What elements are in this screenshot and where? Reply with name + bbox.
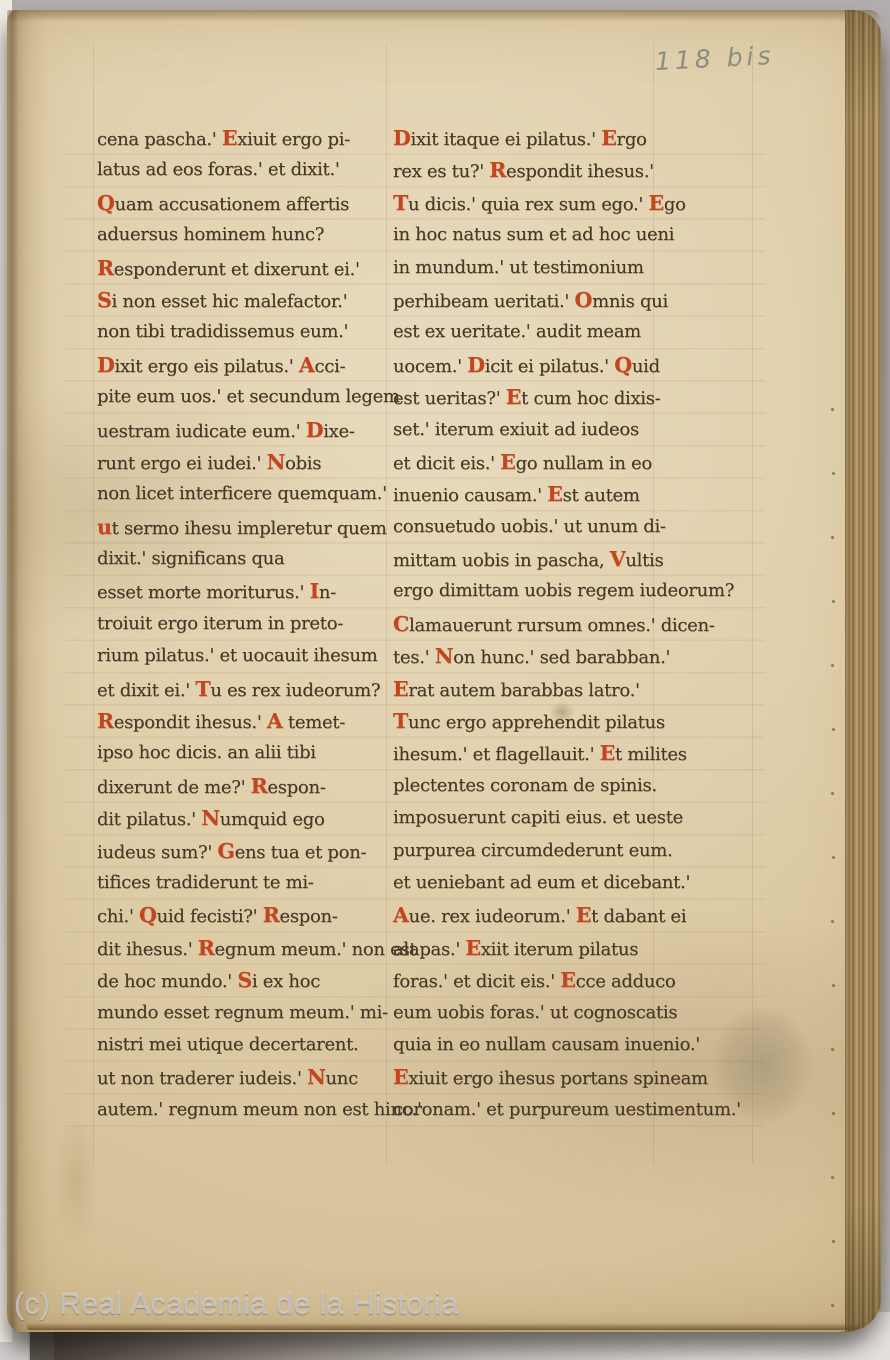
- rubricated-initial: T: [195, 677, 210, 701]
- ink-text: i non esset hic malefactor.': [112, 291, 348, 312]
- manuscript-line: Dixit itaque ei pilatus.' Ergo: [393, 122, 745, 154]
- rubricated-initial: Q: [97, 191, 115, 215]
- rubricated-initial: N: [435, 644, 453, 668]
- manuscript-line: Erat autem barabbas latro.': [393, 673, 745, 705]
- manuscript-line: esset morte moriturus.' In-: [97, 575, 393, 607]
- ink-text: in hoc natus sum et ad hoc ueni: [393, 224, 674, 245]
- ink-text: n-: [319, 582, 336, 603]
- manuscript-line: ut sermo ihesu impleretur quem: [97, 511, 393, 543]
- manuscript-line: plectentes coronam de spinis.: [393, 770, 745, 802]
- ink-text: go nullam in eo: [516, 453, 652, 474]
- ink-text: non licet interficere quemquam.': [97, 483, 387, 504]
- ink-text: est ueritas?': [393, 388, 506, 409]
- manuscript-line: Clamauerunt rursum omnes.' dicen-: [393, 608, 745, 640]
- prick-mark: [832, 984, 835, 987]
- manuscript-line: quia in eo nullam causam inuenio.': [393, 1029, 745, 1061]
- ink-text: uid fecisti?': [157, 906, 263, 927]
- ink-text: et ueniebant ad eum et dicebant.': [393, 872, 690, 893]
- rubricated-initial: D: [97, 353, 115, 377]
- rubricated-initial: R: [263, 903, 280, 927]
- rubricated-initial: E: [222, 126, 237, 150]
- manuscript-line: chi.' Quid fecisti?' Respon-: [97, 899, 393, 931]
- ink-text: mnis qui: [592, 291, 668, 312]
- ink-text: alapas.': [393, 939, 465, 960]
- manuscript-line: Tu dicis.' quia rex sum ego.' Ego: [393, 187, 745, 219]
- manuscript-line: imposuerunt capiti eius. et ueste: [393, 802, 745, 834]
- ink-text: et dixit ei.': [97, 680, 195, 701]
- text-column-left: cena pascha.' Exiuit ergo pi-latus ad eo…: [97, 122, 393, 1126]
- ink-text: set.' iterum exiuit ad iudeos: [393, 419, 639, 440]
- manuscript-line: dit pilatus.' Numquid ego: [97, 802, 393, 834]
- ink-text: icit ei pilatus.': [485, 356, 615, 377]
- prick-mark: [831, 1304, 834, 1307]
- ink-text: et dicit eis.': [393, 453, 500, 474]
- rubricated-initial: D: [467, 353, 485, 377]
- ink-text: obis: [285, 453, 321, 474]
- rubricated-initial: A: [299, 353, 315, 377]
- manuscript-line: rex es tu?' Respondit ihesus.': [393, 154, 745, 186]
- prick-mark: [832, 1112, 835, 1115]
- manuscript-line: Si non esset hic malefactor.': [97, 284, 393, 316]
- manuscript-line: et dicit eis.' Ego nullam in eo: [393, 446, 745, 478]
- manuscript-line: de hoc mundo.' Si ex hoc: [97, 964, 393, 996]
- rubricated-initial: E: [465, 936, 480, 960]
- ink-text: non tibi tradidissemus eum.': [97, 321, 348, 342]
- rubricated-initial: E: [601, 126, 616, 150]
- ink-text: esset morte moriturus.': [97, 582, 310, 603]
- ink-text: temet-: [283, 712, 346, 733]
- prick-mark: [831, 408, 834, 411]
- manuscript-line: latus ad eos foras.' et dixit.': [97, 154, 393, 186]
- parchment-page: 118 bis cena pascha.' Exiuit ergo pi-lat…: [7, 10, 881, 1332]
- manuscript-line: aduersus hominem hunc?: [97, 219, 393, 251]
- manuscript-line: cena pascha.' Exiuit ergo pi-: [97, 122, 393, 154]
- prick-mark: [832, 1240, 835, 1243]
- ink-text: ut non traderer iudeis.': [97, 1068, 307, 1089]
- rubricated-initial: N: [267, 450, 285, 474]
- manuscript-line: Quam accusationem affertis: [97, 187, 393, 219]
- ink-text: pite eum uos.' et secundum legem: [97, 386, 400, 407]
- manuscript-line: dixit.' significans qua: [97, 543, 393, 575]
- rubricated-initial: S: [237, 968, 252, 992]
- ink-text: consuetudo uobis.' ut unum di-: [393, 516, 666, 537]
- ink-text: perhibeam ueritati.': [393, 291, 574, 312]
- ink-text: ens tua et pon-: [235, 842, 367, 863]
- rubricated-initial: O: [574, 288, 592, 312]
- ink-text: uocem.': [393, 356, 467, 377]
- ink-text: i ex hoc: [252, 971, 320, 992]
- rubricated-initial: E: [500, 450, 515, 474]
- rubricated-initial: E: [576, 903, 591, 927]
- rubricated-initial: N: [201, 806, 219, 830]
- manuscript-line: non tibi tradidissemus eum.': [97, 316, 393, 348]
- manuscript-line: et ueniebant ad eum et dicebant.': [393, 867, 745, 899]
- ink-text: imposuerunt capiti eius. et ueste: [393, 807, 683, 828]
- rubricated-initial: E: [393, 677, 408, 701]
- ink-text: plectentes coronam de spinis.: [393, 775, 657, 796]
- rubricated-initial: R: [489, 158, 506, 182]
- ink-text: ue. rex iudeorum.': [409, 906, 576, 927]
- manuscript-line: eum uobis foras.' ut cognoscatis: [393, 997, 745, 1029]
- manuscript-line: non licet interficere quemquam.': [97, 478, 393, 510]
- ink-text: t dabant ei: [591, 906, 686, 927]
- ink-text: u dicis.' quia rex sum ego.': [408, 194, 649, 215]
- manuscript-line: ipso hoc dicis. an alii tibi: [97, 737, 393, 769]
- manuscript-line: alapas.' Exiit iterum pilatus: [393, 932, 745, 964]
- ink-text: xiuit ergo ihesus portans spineam: [408, 1068, 707, 1089]
- ink-text: dixit.' significans qua: [97, 548, 284, 569]
- ink-text: lamauerunt rursum omnes.' dicen-: [409, 615, 715, 636]
- ink-text: t cum hoc dixis-: [521, 388, 660, 409]
- rubricated-initial: N: [307, 1065, 325, 1089]
- prick-mark: [831, 536, 834, 539]
- manuscript-line: runt ergo ei iudei.' Nobis: [97, 446, 393, 478]
- manuscript-line: coronam.' et purpureum uestimentum.': [393, 1094, 745, 1126]
- prick-mark: [832, 472, 835, 475]
- ink-text: unc ergo apprehendit pilatus: [408, 712, 665, 733]
- manuscript-line: in hoc natus sum et ad hoc ueni: [393, 219, 745, 251]
- manuscript-line: ut non traderer iudeis.' Nunc: [97, 1061, 393, 1093]
- manuscript-line: est ex ueritate.' audit meam: [393, 316, 745, 348]
- rubricated-initial: A: [267, 709, 283, 733]
- rubricated-initial: R: [97, 256, 114, 280]
- ink-text: cena pascha.': [97, 129, 222, 150]
- page-top-edge: [7, 10, 881, 22]
- rubricated-initial: I: [310, 579, 319, 603]
- rubricated-initial: E: [547, 482, 562, 506]
- manuscript-line: inuenio causam.' Est autem: [393, 478, 745, 510]
- ink-text: rex es tu?': [393, 161, 489, 182]
- ink-text: unc: [325, 1068, 357, 1089]
- page-bottom-edge: [27, 1323, 861, 1330]
- ink-text: ihesum.' et flagellauit.': [393, 744, 600, 765]
- rubricated-initial: E: [506, 385, 521, 409]
- ink-text: go: [664, 194, 686, 215]
- library-watermark: (c) Real Academia de la Historia: [14, 1288, 459, 1322]
- rubricated-initial: S: [97, 288, 112, 312]
- rubricated-initial: E: [600, 741, 615, 765]
- ink-text: latus ad eos foras.' et dixit.': [97, 159, 340, 180]
- manuscript-line: uestram iudicate eum.' Dixe-: [97, 414, 393, 446]
- ink-text: foras.' et dicit eis.': [393, 971, 560, 992]
- ink-text: tifices tradiderunt te mi-: [97, 872, 314, 893]
- manuscript-line: set.' iterum exiuit ad iudeos: [393, 414, 745, 446]
- rubricated-initial: u: [97, 515, 112, 539]
- ink-text: mundo esset regnum meum.' mi-: [97, 1002, 388, 1023]
- manuscript-line: Responderunt et dixerunt ei.': [97, 252, 393, 284]
- ink-text: espondit ihesus.': [506, 161, 654, 182]
- manuscript-line: mittam uobis in pascha, Vultis: [393, 543, 745, 575]
- ink-text: espondit ihesus.': [114, 712, 267, 733]
- ink-text: uid: [632, 356, 660, 377]
- ink-text: umquid ego: [220, 809, 325, 830]
- ink-text: ergo dimittam uobis regem iudeorum?: [393, 580, 734, 601]
- rubricated-initial: Q: [139, 903, 157, 927]
- ink-text: ultis: [625, 550, 663, 571]
- manuscript-line: Respondit ihesus.' A temet-: [97, 705, 393, 737]
- ink-text: cci-: [314, 356, 345, 377]
- manuscript-line: consuetudo uobis.' ut unum di-: [393, 511, 745, 543]
- ink-text: egnum meum.' non est: [215, 939, 417, 960]
- ink-text: est ex ueritate.' audit meam: [393, 321, 641, 342]
- rubricated-initial: T: [393, 191, 408, 215]
- manuscript-line: in mundum.' ut testimonium: [393, 252, 745, 284]
- vertical-ruling-line: [93, 44, 94, 1164]
- ink-text: rium pilatus.' et uocauit ihesum: [97, 645, 377, 666]
- ink-text: espon-: [267, 777, 325, 798]
- manuscript-line: perhibeam ueritati.' Omnis qui: [393, 284, 745, 316]
- prick-mark: [831, 792, 834, 795]
- manuscript-line: ihesum.' et flagellauit.' Et milites: [393, 737, 745, 769]
- gutter-fold-shadow: [7, 10, 49, 1332]
- ink-text: runt ergo ei iudei.': [97, 453, 267, 474]
- ink-text: ixit itaque ei pilatus.': [411, 129, 602, 150]
- ink-text: esponderunt et dixerunt ei.': [114, 259, 360, 280]
- ink-text: dit ihesus.': [97, 939, 198, 960]
- text-column-right: Dixit itaque ei pilatus.' Ergorex es tu?…: [393, 122, 745, 1126]
- ink-text: cce adduco: [576, 971, 676, 992]
- ink-text: uam accusationem affertis: [115, 194, 349, 215]
- prick-mark: [831, 920, 834, 923]
- manuscript-line: Aue. rex iudeorum.' Et dabant ei: [393, 899, 745, 931]
- ink-text: ipso hoc dicis. an alii tibi: [97, 742, 316, 763]
- prick-mark: [831, 1048, 834, 1051]
- manuscript-line: uocem.' Dicit ei pilatus.' Quid: [393, 349, 745, 381]
- ink-text: dit pilatus.': [97, 809, 201, 830]
- ink-text: eum uobis foras.' ut cognoscatis: [393, 1002, 677, 1023]
- ink-text: de hoc mundo.': [97, 971, 237, 992]
- manuscript-line: nistri mei utique decertarent.: [97, 1029, 393, 1061]
- rubricated-initial: V: [610, 547, 626, 571]
- manuscript-line: tifices tradiderunt te mi-: [97, 867, 393, 899]
- ink-text: in mundum.' ut testimonium: [393, 257, 644, 278]
- ink-text: nistri mei utique decertarent.: [97, 1034, 358, 1055]
- ink-text: coronam.' et purpureum uestimentum.': [393, 1099, 741, 1120]
- prick-mark: [832, 856, 835, 859]
- rubricated-initial: Q: [614, 353, 632, 377]
- ink-text: tes.': [393, 647, 435, 668]
- manuscript-line: dixerunt de me?' Respon-: [97, 770, 393, 802]
- ink-text: on hunc.' sed barabban.': [453, 647, 670, 668]
- ink-text: quia in eo nullam causam inuenio.': [393, 1034, 700, 1055]
- manuscript-line: troiuit ergo iterum in preto-: [97, 608, 393, 640]
- rubricated-initial: R: [97, 709, 114, 733]
- rubricated-initial: E: [560, 968, 575, 992]
- ink-text: rat autem barabbas latro.': [408, 680, 639, 701]
- manuscript-line: rium pilatus.' et uocauit ihesum: [97, 640, 393, 672]
- manuscript-line: autem.' regnum meum non est hinc.': [97, 1094, 393, 1126]
- manuscript-line: Dixit ergo eis pilatus.' Acci-: [97, 349, 393, 381]
- ink-text: uestram iudicate eum.': [97, 421, 306, 442]
- rubricated-initial: D: [393, 126, 411, 150]
- ink-text: autem.' regnum meum non est hinc.': [97, 1099, 422, 1120]
- rubricated-initial: R: [198, 936, 215, 960]
- prick-mark: [832, 728, 835, 731]
- rubricated-initial: A: [393, 903, 409, 927]
- ink-text: st autem: [563, 485, 640, 506]
- ink-text: chi.': [97, 906, 139, 927]
- ink-text: espon-: [279, 906, 337, 927]
- rubricated-initial: R: [251, 774, 268, 798]
- manuscript-line: iudeus sum?' Gens tua et pon-: [97, 835, 393, 867]
- manuscript-line: ergo dimittam uobis regem iudeorum?: [393, 575, 745, 607]
- ink-text: iudeus sum?': [97, 842, 217, 863]
- ink-text: mittam uobis in pascha,: [393, 550, 610, 571]
- rubricated-initial: G: [217, 839, 234, 863]
- ink-text: dixerunt de me?': [97, 777, 251, 798]
- manuscript-line: et dixit ei.' Tu es rex iudeorum?: [97, 673, 393, 705]
- manuscript-photo-backdrop: 118 bis cena pascha.' Exiuit ergo pi-lat…: [0, 0, 890, 1360]
- prick-mark: [832, 600, 835, 603]
- ink-text: t milites: [615, 744, 687, 765]
- manuscript-line: Tunc ergo apprehendit pilatus: [393, 705, 745, 737]
- page-stack-fore-edge: [845, 10, 881, 1332]
- ink-text: xiit iterum pilatus: [481, 939, 638, 960]
- folio-number: 118 bis: [654, 41, 775, 76]
- manuscript-line: mundo esset regnum meum.' mi-: [97, 997, 393, 1029]
- ink-text: inuenio causam.': [393, 485, 547, 506]
- rubricated-initial: T: [393, 709, 408, 733]
- manuscript-line: foras.' et dicit eis.' Ecce adduco: [393, 964, 745, 996]
- prick-mark: [831, 664, 834, 667]
- ink-text: u es rex iudeorum?: [210, 680, 380, 701]
- manuscript-line: est ueritas?' Et cum hoc dixis-: [393, 381, 745, 413]
- rubricated-initial: E: [393, 1065, 408, 1089]
- manuscript-line: Exiuit ergo ihesus portans spineam: [393, 1061, 745, 1093]
- ink-text: rgo: [617, 129, 647, 150]
- ink-text: aduersus hominem hunc?: [97, 224, 324, 245]
- ink-text: purpurea circumdederunt eum.: [393, 840, 672, 861]
- ink-text: xiuit ergo pi-: [237, 129, 350, 150]
- manuscript-line: tes.' Non hunc.' sed barabban.': [393, 640, 745, 672]
- manuscript-line: purpurea circumdederunt eum.: [393, 835, 745, 867]
- vertical-ruling-line: [752, 44, 753, 1164]
- rubricated-initial: D: [306, 418, 324, 442]
- rubricated-initial: C: [393, 612, 409, 636]
- ink-text: troiuit ergo iterum in preto-: [97, 613, 343, 634]
- ink-text: ixit ergo eis pilatus.': [115, 356, 299, 377]
- manuscript-line: dit ihesus.' Regnum meum.' non est: [97, 932, 393, 964]
- ink-text: t sermo ihesu impleretur quem: [112, 518, 387, 539]
- rubricated-initial: E: [649, 191, 664, 215]
- ink-text: ixe-: [323, 421, 354, 442]
- prick-mark: [831, 1176, 834, 1179]
- manuscript-line: pite eum uos.' et secundum legem: [97, 381, 393, 413]
